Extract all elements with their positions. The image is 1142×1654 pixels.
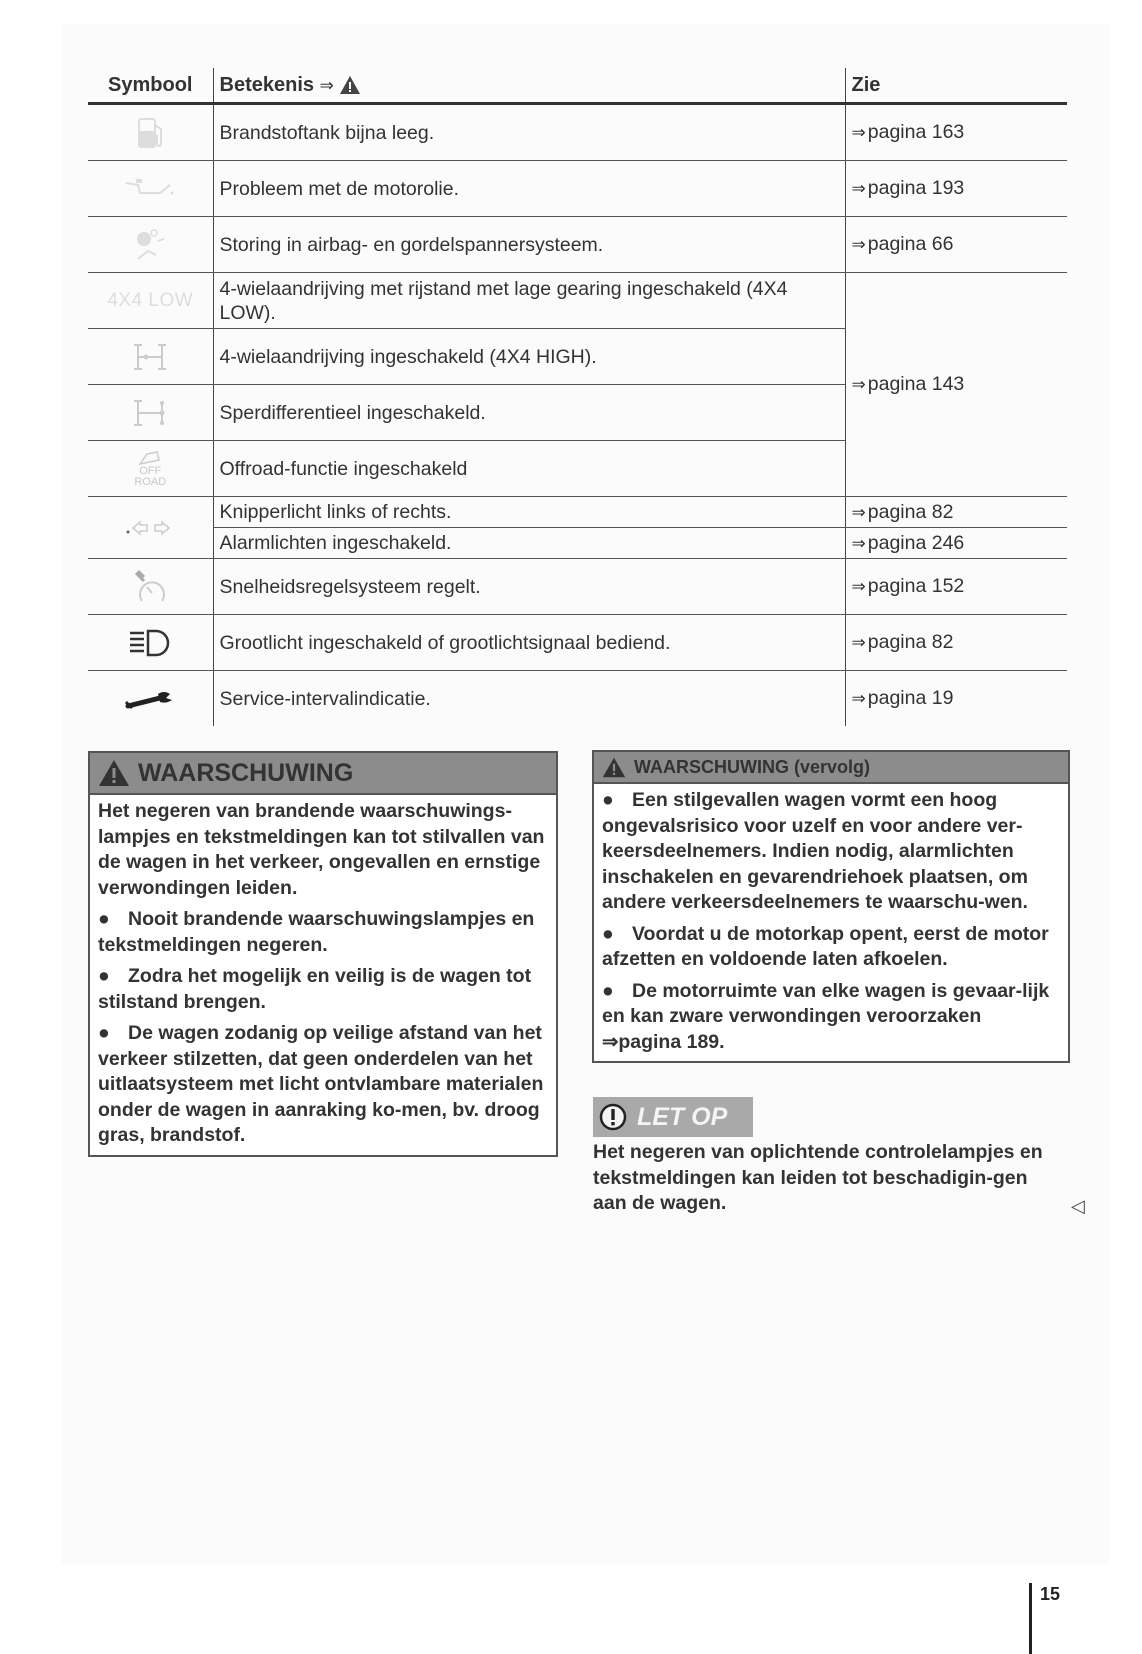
arrow: ⇒ xyxy=(852,534,866,553)
warning-triangle-icon xyxy=(98,759,130,787)
warning-continued-box: WAARSCHUWING (vervolg) ●Een stilgevallen… xyxy=(592,750,1070,1063)
page-link[interactable]: pagina 163 xyxy=(868,121,965,143)
meaning-cell: Sperdifferentieel ingeschakeld. xyxy=(213,385,845,441)
turn-signal-icon xyxy=(125,518,175,538)
table-row: 4X4 LOW 4-wielaandrijving met rijstand m… xyxy=(88,273,1067,329)
bullet-icon: ● xyxy=(602,922,632,948)
warning-lights-table: Symbool Betekenis ⇒ Zie xyxy=(88,68,1067,726)
page-link[interactable]: pagina 193 xyxy=(868,177,965,199)
warning-body: Het negeren van brandende waarschuwings-… xyxy=(90,795,556,1155)
warning-body: ●Een stilgevallen wagen vormt een hoog o… xyxy=(594,784,1068,1061)
warning-header: WAARSCHUWING (vervolg) xyxy=(594,752,1068,784)
page-reference[interactable]: ⇒pagina 152 xyxy=(845,559,1067,615)
4x4-low-icon: 4X4 LOW xyxy=(107,290,193,311)
arrow: ⇒ xyxy=(852,633,866,652)
symbol-cell xyxy=(88,385,213,441)
symbol-cell xyxy=(88,497,213,559)
meaning-cell: Alarmlichten ingeschakeld. xyxy=(213,528,845,559)
header-symbol: Symbool xyxy=(88,68,213,104)
bullet-icon: ● xyxy=(98,1021,128,1047)
exclamation-circle-icon xyxy=(599,1103,627,1131)
bullet-icon: ● xyxy=(602,979,632,1005)
page-reference[interactable]: ⇒pagina 82 xyxy=(845,497,1067,528)
header-meaning-label: Betekenis xyxy=(220,74,315,96)
bullet-text: Nooit brandende waarschuwingslampjes en … xyxy=(98,908,534,956)
page-link[interactable]: pagina 82 xyxy=(868,631,954,653)
bullet-icon: ● xyxy=(98,964,128,990)
page-number-bar xyxy=(1029,1583,1032,1654)
meaning-cell: Service-intervalindicatie. xyxy=(213,671,845,727)
meaning-cell: 4-wielaandrijving met rijstand met lage … xyxy=(213,273,845,329)
warning-title: WAARSCHUWING (vervolg) xyxy=(634,757,870,778)
differential-lock-icon xyxy=(130,397,170,429)
page-reference[interactable]: ⇒pagina 19 xyxy=(845,671,1067,727)
symbol-cell xyxy=(88,217,213,273)
warning-header: WAARSCHUWING xyxy=(90,753,556,795)
arrow: ⇒ xyxy=(852,179,866,198)
meaning-cell: 4-wielaandrijving ingeschakeld (4X4 HIGH… xyxy=(213,329,845,385)
page-link[interactable]: pagina 246 xyxy=(868,532,965,554)
warning-bullet: ●Voordat u de motorkap opent, eerst de m… xyxy=(602,922,1060,973)
bullet-text: Voordat u de motorkap opent, eerst de mo… xyxy=(602,923,1049,971)
arrow: ⇒ xyxy=(852,689,866,708)
page-reference[interactable]: ⇒pagina 246 xyxy=(845,528,1067,559)
section-end-icon: ◁ xyxy=(1071,1196,1085,1217)
table-row: Brandstoftank bijna leeg. ⇒pagina 163 xyxy=(88,104,1067,161)
notice-header: LET OP xyxy=(593,1097,753,1137)
header-meaning: Betekenis ⇒ xyxy=(213,68,845,104)
page-link[interactable]: pagina 82 xyxy=(868,501,954,523)
symbol-cell: 4X4 LOW xyxy=(88,273,213,329)
page-link[interactable]: pagina 152 xyxy=(868,575,965,597)
table-row: Probleem met de motorolie. ⇒pagina 193 xyxy=(88,161,1067,217)
bullet-text: Zodra het mogelijk en veilig is de wagen… xyxy=(98,965,531,1013)
oil-can-icon xyxy=(122,177,178,201)
notice-title: LET OP xyxy=(637,1103,727,1132)
warning-triangle-icon xyxy=(339,75,361,95)
arrow: ⇒ xyxy=(852,235,866,254)
table-row: Snelheidsregelsysteem regelt. ⇒pagina 15… xyxy=(88,559,1067,615)
offroad-icon: OFF ROAD xyxy=(134,450,166,488)
page-reference[interactable]: ⇒pagina 143 xyxy=(845,273,1067,497)
high-beam-icon xyxy=(128,628,172,658)
symbol-cell: OFF ROAD xyxy=(88,441,213,497)
page-reference[interactable]: ⇒pagina 82 xyxy=(845,615,1067,671)
arrow: ⇒ xyxy=(852,577,866,596)
bullet-text: De motorruimte van elke wagen is gevaar-… xyxy=(602,980,1049,1053)
table-row: Alarmlichten ingeschakeld. ⇒pagina 246 xyxy=(88,528,1067,559)
cruise-control-icon xyxy=(130,569,170,605)
warning-triangle-icon xyxy=(602,757,626,778)
meaning-cell: Snelheidsregelsysteem regelt. xyxy=(213,559,845,615)
bullet-icon: ● xyxy=(602,788,632,814)
meaning-cell: Offroad-functie ingeschakeld xyxy=(213,441,845,497)
offroad-label-off: OFF xyxy=(134,466,166,477)
page-link[interactable]: pagina 19 xyxy=(868,687,954,709)
4x4-high-icon xyxy=(130,341,170,373)
airbag-icon xyxy=(130,227,170,263)
table-row: Service-intervalindicatie. ⇒pagina 19 xyxy=(88,671,1067,727)
warning-box: WAARSCHUWING Het negeren van brandende w… xyxy=(88,751,558,1157)
car-slope-icon xyxy=(137,450,163,466)
meaning-cell: Probleem met de motorolie. xyxy=(213,161,845,217)
symbol-cell xyxy=(88,671,213,727)
page-link[interactable]: pagina 143 xyxy=(868,373,965,395)
symbol-cell xyxy=(88,104,213,161)
table-row: Knipperlicht links of rechts. ⇒pagina 82 xyxy=(88,497,1067,528)
page-reference[interactable]: ⇒pagina 193 xyxy=(845,161,1067,217)
warning-bullet: ●Een stilgevallen wagen vormt een hoog o… xyxy=(602,788,1060,916)
bullet-text: Een stilgevallen wagen vormt een hoog on… xyxy=(602,789,1028,913)
warning-bullet: ●Zodra het mogelijk en veilig is de wage… xyxy=(98,964,548,1015)
warning-bullet: ●De wagen zodanig op veilige afstand van… xyxy=(98,1021,548,1149)
warning-bullet: ●De motorruimte van elke wagen is gevaar… xyxy=(602,979,1060,1056)
symbol-cell xyxy=(88,161,213,217)
meaning-cell: Brandstoftank bijna leeg. xyxy=(213,104,845,161)
notice-body: Het negeren van oplichtende controlelamp… xyxy=(593,1140,1063,1217)
arrow: ⇒ xyxy=(852,503,866,522)
symbol-cell xyxy=(88,615,213,671)
warning-bullet: ●Nooit brandende waarschuwingslampjes en… xyxy=(98,907,548,958)
wrench-icon xyxy=(124,688,176,710)
page-reference[interactable]: ⇒pagina 66 xyxy=(845,217,1067,273)
meaning-cell: Storing in airbag- en gordelspannersyste… xyxy=(213,217,845,273)
page-reference[interactable]: ⇒pagina 163 xyxy=(845,104,1067,161)
header-arrow: ⇒ xyxy=(320,76,334,95)
meaning-cell: Grootlicht ingeschakeld of grootlichtsig… xyxy=(213,615,845,671)
symbol-cell xyxy=(88,559,213,615)
bullet-icon: ● xyxy=(98,907,128,933)
page-number: 15 xyxy=(1040,1584,1060,1605)
bullet-text: De wagen zodanig op veilige afstand van … xyxy=(98,1022,543,1146)
warning-title: WAARSCHUWING xyxy=(138,759,353,788)
table-row: Grootlicht ingeschakeld of grootlichtsig… xyxy=(88,615,1067,671)
fuel-pump-icon xyxy=(133,115,167,151)
arrow: ⇒ xyxy=(852,375,866,394)
arrow: ⇒ xyxy=(852,123,866,142)
offroad-label-road: ROAD xyxy=(134,477,166,488)
header-see: Zie xyxy=(845,68,1067,104)
symbol-cell xyxy=(88,329,213,385)
table-row: Storing in airbag- en gordelspannersyste… xyxy=(88,217,1067,273)
meaning-cell: Knipperlicht links of rechts. xyxy=(213,497,845,528)
page-link[interactable]: pagina 66 xyxy=(868,233,954,255)
warning-intro: Het negeren van brandende waarschuwings-… xyxy=(98,799,548,901)
